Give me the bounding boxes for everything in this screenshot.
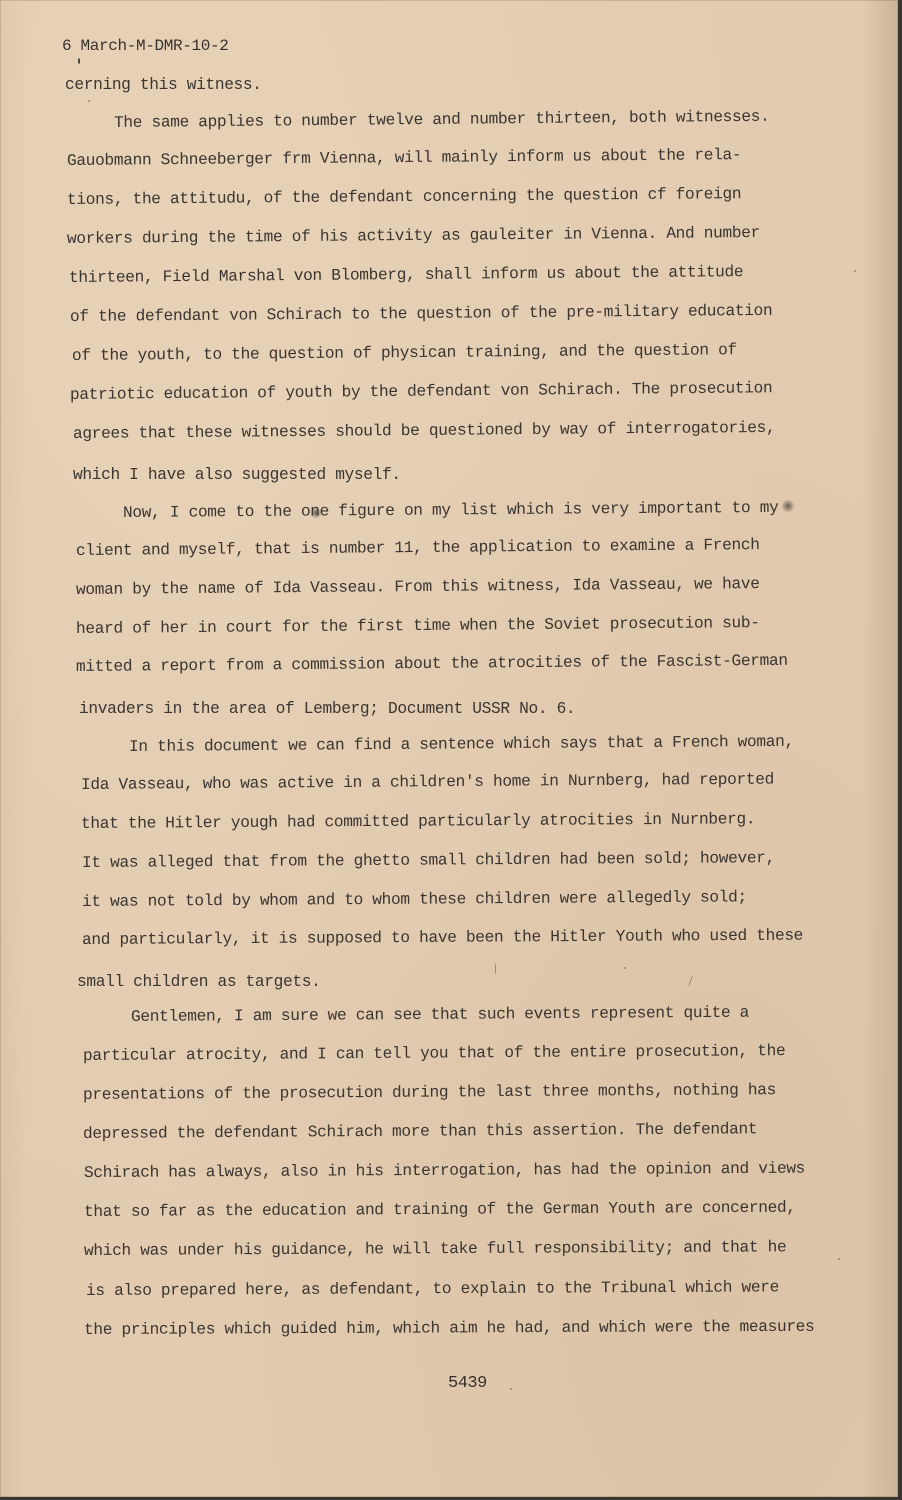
text-line: woman by the name of Ida Vasseau. From t… [76, 574, 760, 600]
paper-speck [88, 100, 90, 102]
text-line: of the youth, to the question of physica… [72, 340, 737, 366]
text-line: that so far as the education and trainin… [84, 1198, 796, 1222]
paper-speck [510, 1388, 512, 1390]
text-line: the principles which guided him, which a… [84, 1317, 814, 1340]
text-line: workers during the time of his activity … [67, 223, 760, 249]
paragraph-start-line: In this document we can find a sentence … [129, 732, 794, 757]
ink-blot [310, 507, 322, 519]
text-line: thirteen, Field Marshal von Blomberg, sh… [69, 262, 743, 288]
paper-speck [854, 270, 856, 272]
text-line: it was not told by whom and to whom thes… [82, 887, 747, 912]
text-line: patriotic education of youth by the defe… [70, 378, 772, 405]
text-line: mitted a report from a commission about … [76, 651, 788, 677]
paragraph-end-line: which I have also suggested myself. [73, 465, 401, 485]
text-line: Gauobmann Schneeberger frm Vienna, will … [67, 145, 741, 171]
document-page: 6 March-M-DMR-10-2 cerning this witness.… [0, 0, 898, 1497]
text-line: tions, the attitudu, of the defendant co… [67, 184, 741, 210]
paper-speck [624, 967, 626, 969]
paragraph-start-line: The same applies to number twelve and nu… [114, 107, 770, 133]
text-line: agrees that these witnesses should be qu… [73, 418, 775, 444]
text-line: particular atrocity, and I can tell you … [83, 1041, 785, 1066]
text-line: of the defendant von Schirach to the que… [70, 301, 772, 327]
text-line: which was under his guidance, he will ta… [84, 1237, 786, 1261]
text-line: heard of her in court for the first time… [76, 613, 760, 639]
paper-speck [838, 1258, 840, 1260]
text-line: Schirach has always, also in his interro… [84, 1159, 805, 1183]
text-line: Ida Vasseau, who was active in a childre… [81, 770, 774, 795]
text-line: presentations of the prosecution during … [83, 1080, 776, 1105]
paragraph-end-line: invaders in the area of Lemberg; Documen… [79, 699, 575, 719]
text-line: depressed the defendant Schirach more th… [83, 1119, 757, 1144]
ink-blot [781, 499, 795, 513]
text-line: is also prepared here, as defendant, to … [86, 1277, 779, 1301]
text-line: and particularly, it is supposed to have… [82, 926, 803, 950]
paragraph-end-line: small children as targets. [77, 972, 320, 992]
paragraph-start-line: Gentlemen, I am sure we can see that suc… [131, 1003, 749, 1027]
text-line: that the Hitler yough had committed part… [81, 809, 755, 834]
document-header: 6 March-M-DMR-10-2 [62, 36, 229, 56]
text-line: cerning this witness. [65, 75, 262, 95]
paper-fiber [495, 963, 496, 975]
ink-mark [78, 58, 80, 64]
paragraph-start-line: Now, I come to the one figure on my list… [123, 498, 779, 523]
page-number: 5439 [448, 1374, 487, 1393]
text-line: client and myself, that is number 11, th… [76, 535, 760, 561]
text-line: It was alleged that from the ghetto smal… [82, 848, 775, 873]
paper-fiber [688, 975, 693, 987]
